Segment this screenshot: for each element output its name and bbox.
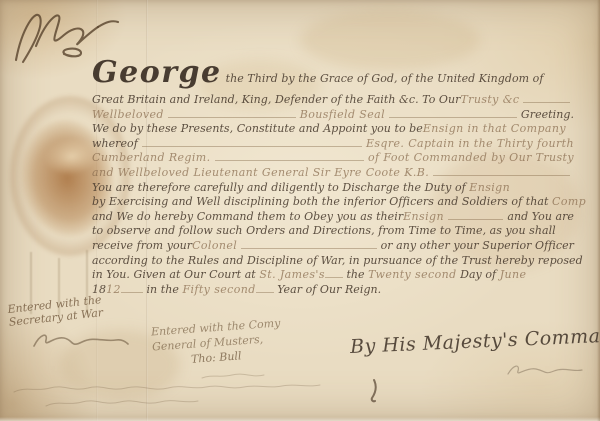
paper-bottom-edge <box>0 417 600 421</box>
document-line: in You. Given at Our Court at St. James'… <box>92 268 574 283</box>
blank-rule <box>256 283 274 293</box>
document-line: whereofEsqre. Captain in the Thirty four… <box>92 137 574 152</box>
printed-text: We do by these Presents, Constitute and … <box>92 122 423 137</box>
handwritten-text: Bousfield Seal <box>300 108 385 123</box>
initial-word: George <box>92 55 222 90</box>
blank-rule <box>142 137 362 147</box>
handwritten-text: Ensign in that Company <box>423 122 566 137</box>
document-line: You are therefore carefully and diligent… <box>92 181 574 196</box>
printed-text: and We do hereby Command them to Obey yo… <box>92 210 403 225</box>
printed-text: or any other your Superior Officer <box>381 239 574 254</box>
handwritten-text: Comp <box>552 195 586 208</box>
blank-rule <box>389 108 517 118</box>
by-command-text: By His Majesty's Command <box>350 324 600 358</box>
blank-rule <box>523 93 570 103</box>
command-signature-scrawl <box>505 360 585 380</box>
document-line: We do by these Presents, Constitute and … <box>92 122 574 137</box>
handwritten-text: Esqre. Captain in the Thirty fourth <box>366 137 574 152</box>
printed-text: by Exercising and Well disciplining both… <box>92 195 552 208</box>
document-line: according to the Rules and Discipline of… <box>92 254 574 269</box>
printed-text: Greeting. <box>521 108 574 123</box>
printed-text: to observe and follow such Orders and Di… <box>92 224 556 237</box>
printed-text: Year of Our Reign. <box>274 283 382 296</box>
blank-rule <box>241 239 376 249</box>
printed-text: the Third by the Grace of God, of the Un… <box>226 72 544 85</box>
printed-text: according to the Rules and Discipline of… <box>92 254 583 267</box>
handwritten-text: and Wellbeloved Lieutenant General Sir E… <box>92 166 429 181</box>
handwritten-text: Trusty &c <box>460 93 519 108</box>
blank-rule <box>433 166 570 176</box>
ink-mark <box>366 378 380 404</box>
entered-secretary-at-war: Entered with the Secretary at War <box>7 293 104 329</box>
handwritten-text: St. James's <box>259 268 325 281</box>
printed-text: whereof <box>92 137 138 152</box>
secretary-signature-scrawl <box>30 328 130 354</box>
commission-text: Georgethe Third by the Grace of God, of … <box>92 56 574 297</box>
blank-rule <box>448 210 503 220</box>
printed-text: in the <box>143 283 183 296</box>
commission-document-scan: Georgethe Third by the Grace of God, of … <box>0 0 600 421</box>
pencil-docket-scrawl <box>6 362 346 418</box>
document-line: Cumberland Regim.of Foot Commanded by Ou… <box>92 151 574 166</box>
handwritten-text: Cumberland Regim. <box>92 151 211 166</box>
handwritten-text: Ensign <box>403 210 444 225</box>
printed-text: Great Britain and Ireland, King, Defende… <box>92 93 460 108</box>
document-line: Georgethe Third by the Grace of God, of … <box>92 56 574 93</box>
document-line: WellbelovedBousfield SealGreeting. <box>92 108 574 123</box>
printed-text: and You are <box>507 210 574 225</box>
blank-rule <box>325 268 343 278</box>
blank-rule <box>168 108 296 118</box>
document-line: to observe and follow such Orders and Di… <box>92 224 574 239</box>
document-line: 1812 in the Fifty second Year of Our Rei… <box>92 283 574 298</box>
handwritten-text: Twenty second <box>368 268 456 281</box>
printed-text: You are therefore carefully and diligent… <box>92 181 469 194</box>
document-line: Great Britain and Ireland, King, Defende… <box>92 93 574 108</box>
document-line: by Exercising and Well disciplining both… <box>92 195 574 210</box>
printed-text: the <box>343 268 368 281</box>
handwritten-text: 12 <box>106 283 121 296</box>
printed-text: receive from your <box>92 239 192 254</box>
document-line: and We do hereby Command them to Obey yo… <box>92 210 574 225</box>
printed-text: in You. Given at Our Court at <box>92 268 259 281</box>
blank-rule <box>121 283 143 293</box>
handwritten-text: Colonel <box>192 239 237 254</box>
document-line: and Wellbeloved Lieutenant General Sir E… <box>92 166 574 181</box>
handwritten-text: of Foot Commanded by Our Trusty <box>368 151 574 166</box>
document-line: receive from your Colonelor any other yo… <box>92 239 574 254</box>
blank-rule <box>215 151 364 161</box>
handwritten-text: Wellbeloved <box>92 108 164 123</box>
handwritten-text: June <box>500 268 527 281</box>
handwritten-text: Fifty second <box>182 283 255 296</box>
handwritten-text: Ensign <box>469 181 510 194</box>
printed-text: Day of <box>457 268 500 281</box>
